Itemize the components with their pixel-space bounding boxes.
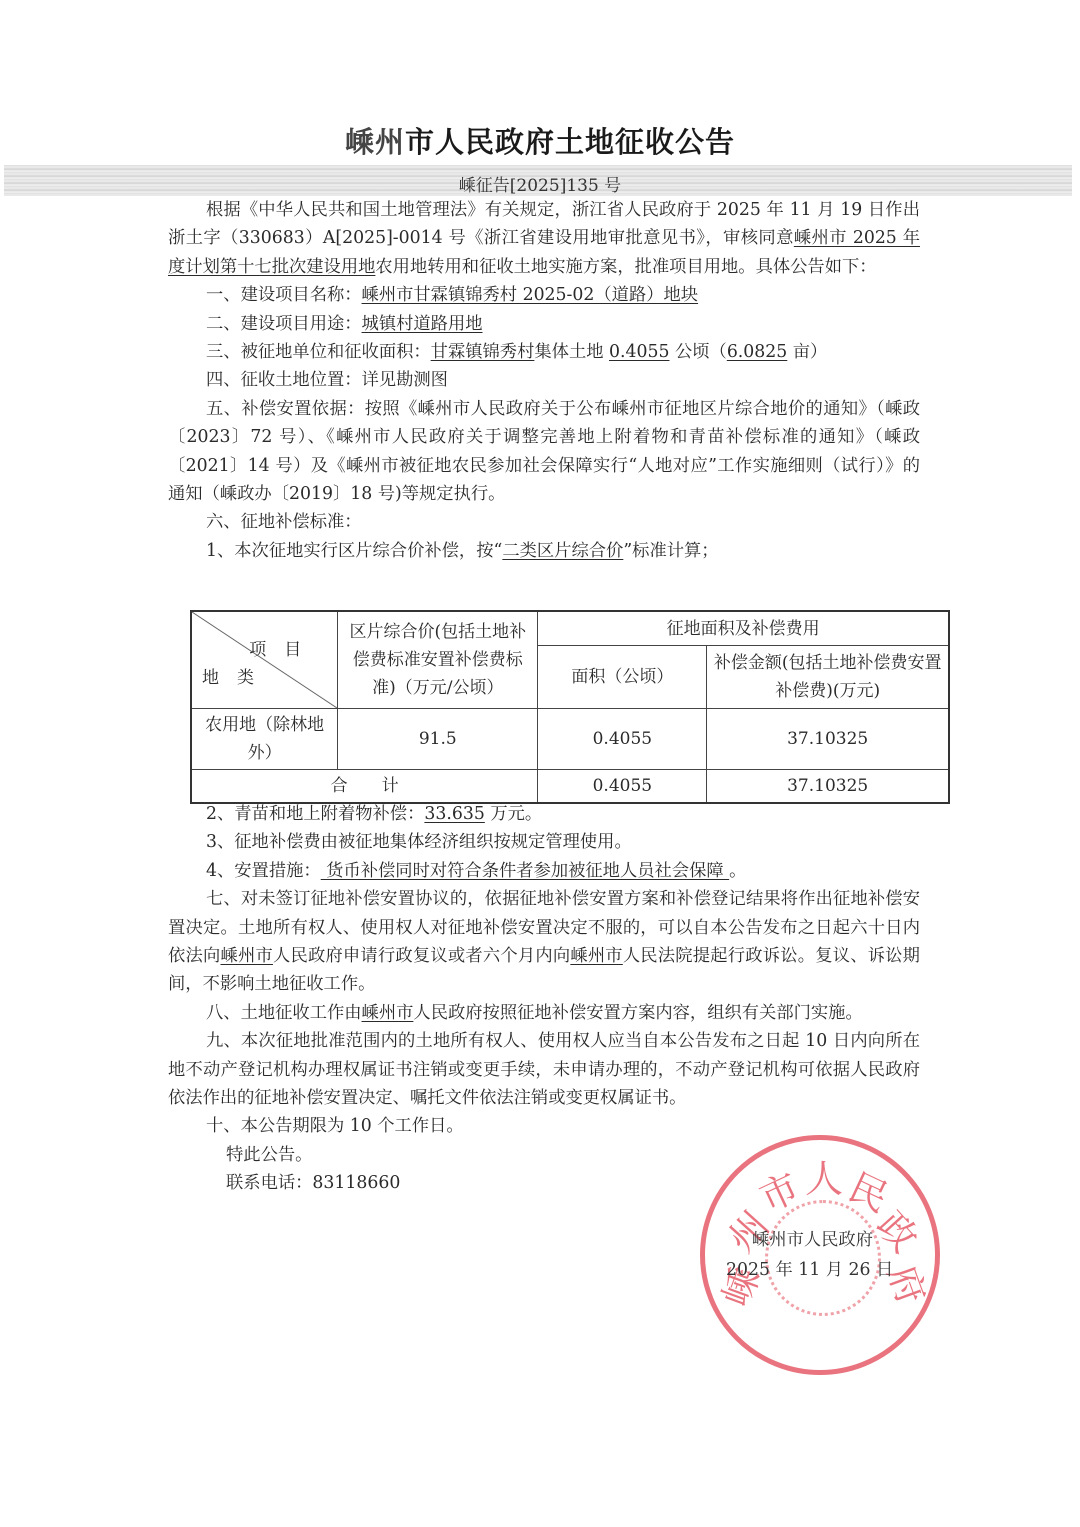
total-amount: 37.10325 (707, 770, 949, 804)
item-5: 五、补偿安置依据：按照《嵊州市人民政府关于公布嵊州市征地区片综合地价的通知》（嵊… (168, 395, 920, 509)
item-1-label: 一、建设项目名称： (206, 285, 362, 305)
announcement-page: 嵊州市人民政府土地征收公告 嵊征告[2025]135 号 根据《中华人民共和国土… (0, 0, 1080, 1527)
item-7-text-b: 人民政府申请行政复议或者六个月内向 (273, 946, 570, 966)
doc-number: 嵊征告[2025]135 号 (0, 171, 1080, 196)
title-city: 嵊州 (345, 125, 405, 159)
item-3-area-ha: 0.4055 (609, 342, 669, 362)
total-label: 合 计 (191, 770, 538, 804)
corner-bottom-label: 地类 (202, 664, 272, 692)
item-6-1-category: 二类区片综合价 (502, 541, 623, 561)
item-8-text-a: 八、土地征收工作由 (206, 1003, 362, 1023)
contact-phone: 83118660 (312, 1173, 400, 1193)
item-8-text-b: 人民政府按照征地补偿安置方案内容，组织有关部门实施。 (413, 1003, 862, 1023)
item-6-1-post: ”标准计算； (623, 541, 718, 561)
item-8-city: 嵊州市 (362, 1003, 414, 1023)
price-header: 区片综合价(包括土地补偿费标准安置补偿费标准)（万元/公顷） (338, 611, 538, 709)
item-6-2-label: 2、青苗和地上附着物补偿： (206, 804, 424, 824)
contact-label: 联系电话： (226, 1173, 312, 1193)
compensation-table: 项目 地类 区片综合价(包括土地补偿费标准安置补偿费标准)（万元/公顷） 征地面… (190, 610, 950, 804)
issuer: 嵊州市人民政府 (752, 1225, 873, 1250)
group-header: 征地面积及补偿费用 (538, 611, 949, 646)
item-2-value: 城镇村道路用地 (362, 314, 483, 334)
item-6-2-value: 33.635 (424, 804, 484, 824)
item-6-2: 2、青苗和地上附着物补偿：33.635 万元。 (168, 800, 920, 828)
area-header: 面积（公顷） (538, 646, 707, 709)
item-9: 九、本次征地批准范围内的土地所有权人、使用权人应当自本公告发布之日起 10 日内… (168, 1027, 920, 1112)
item-1: 一、建设项目名称：嵊州市甘霖镇锦秀村 2025-02（道路）地块 (168, 281, 920, 309)
body-upper: 根据《中华人民共和国土地管理法》有关规定，浙江省人民政府于 2025 年 11 … (168, 196, 920, 565)
item-7-city-2: 嵊州市 (570, 946, 622, 966)
table-header-row-1: 项目 地类 区片综合价(包括土地补偿费标准安置补偿费标准)（万元/公顷） 征地面… (191, 611, 949, 646)
price-cell: 91.5 (338, 709, 538, 770)
land-type-cell: 农用地（除林地外） (191, 709, 338, 770)
item-6-4: 4、安置措施： 货币补偿同时对符合条件者参加被征地人员社会保障 。 (168, 857, 920, 885)
amount-cell: 37.10325 (707, 709, 949, 770)
item-1-value: 嵊州市甘霖镇锦秀村 2025-02（道路）地块 (362, 285, 699, 305)
item-6-4-end: 。 (729, 861, 746, 881)
seal-char: 人 (805, 1148, 843, 1203)
item-4: 四、征收土地位置：详见勘测图 (168, 366, 920, 394)
total-area: 0.4055 (538, 770, 707, 804)
item-3-area-mu: 6.0825 (727, 342, 787, 362)
table-row: 农用地（除林地外） 91.5 0.4055 37.10325 (191, 709, 949, 770)
item-6-2-unit: 万元。 (485, 804, 542, 824)
page-title: 嵊州市人民政府土地征收公告 (0, 120, 1080, 161)
item-6-1-pre: 1、本次征地实行区片综合价补偿，按“ (206, 541, 502, 561)
item-3-mu-label: 亩） (787, 342, 827, 362)
item-7: 七、对未签订征地补偿安置协议的，依据征地补偿安置方案和补偿登记结果将作出征地补偿… (168, 885, 920, 999)
item-3-label: 三、被征地单位和征收面积： (206, 342, 431, 362)
item-2-label: 二、建设项目用途： (206, 314, 362, 334)
amount-header: 补偿金额(包括土地补偿费安置补偿费)(万元) (707, 646, 949, 709)
item-6-4-label: 4、安置措施： (206, 861, 321, 881)
intro-paragraph: 根据《中华人民共和国土地管理法》有关规定，浙江省人民政府于 2025 年 11 … (168, 196, 920, 281)
item-3-mid: 集体土地 (534, 342, 609, 362)
title-rest: 市人民政府土地征收公告 (405, 125, 735, 159)
issue-date: 2025 年 11 月 26 日 (726, 1255, 893, 1280)
area-cell: 0.4055 (538, 709, 707, 770)
item-3-ha-label: 公顷（ (669, 342, 726, 362)
table-total-row: 合 计 0.4055 37.10325 (191, 770, 949, 804)
corner-header: 项目 地类 (191, 611, 338, 709)
corner-top-label: 项目 (249, 636, 319, 664)
item-6: 六、征地补偿标准： (168, 508, 920, 536)
item-6-3: 3、征地补偿费由被征地集体经济组织按规定管理使用。 (168, 828, 920, 856)
item-6-4-value: 货币补偿同时对符合条件者参加被征地人员社会保障 (321, 861, 729, 881)
item-7-city-1: 嵊州市 (220, 946, 272, 966)
item-8: 八、土地征收工作由嵊州市人民政府按照征地补偿安置方案内容，组织有关部门实施。 (168, 999, 920, 1027)
item-3: 三、被征地单位和征收面积：甘霖镇锦秀村集体土地 0.4055 公顷（6.0825… (168, 338, 920, 366)
intro-text-2: 农用地转用和征收土地实施方案，批准项目用地。具体公告如下： (375, 257, 876, 277)
item-3-unit: 甘霖镇锦秀村 (431, 342, 535, 362)
item-2: 二、建设项目用途：城镇村道路用地 (168, 310, 920, 338)
item-6-1: 1、本次征地实行区片综合价补偿，按“二类区片综合价”标准计算； (168, 537, 920, 565)
